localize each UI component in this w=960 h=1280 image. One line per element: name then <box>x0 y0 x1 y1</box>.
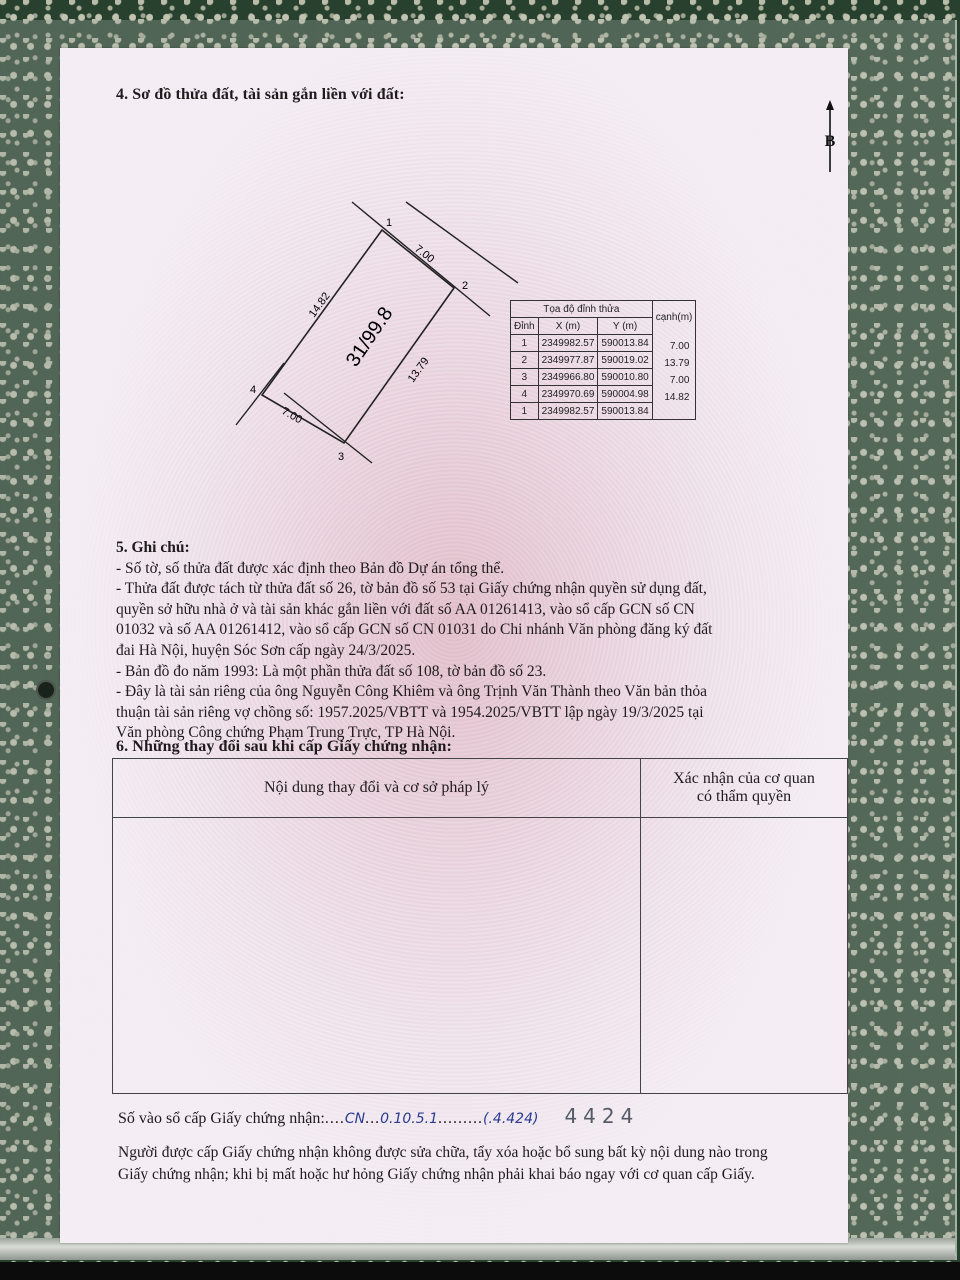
registry-line: Số vào sổ cấp Giấy chứng nhận:....CN...0… <box>118 1104 639 1128</box>
north-arrow-icon: B <box>820 100 840 172</box>
coord-vertex-header: Đỉnh <box>511 318 539 335</box>
coord-edge: 7.00 <box>652 369 696 386</box>
coord-y: 590010.80 <box>598 369 652 386</box>
registry-handwritten-note: (.4.424) <box>483 1111 538 1127</box>
coord-x-header: X (m) <box>538 318 598 335</box>
svg-text:B: B <box>825 133 836 150</box>
warning-text: Người được cấp Giấy chứng nhận không đượ… <box>118 1142 878 1186</box>
section6-heading: 6. Những thay đổi sau khi cấp Giấy chứng… <box>116 738 452 756</box>
vertex-label: 4 <box>250 384 256 396</box>
edge-length-label: 13.79 <box>406 355 432 384</box>
coord-edge: 7.00 <box>652 335 696 352</box>
coord-y: 590013.84 <box>598 335 652 352</box>
confirm-header-line1: Xác nhận của cơ quan <box>673 770 815 787</box>
section4-heading: 4. Sơ đồ thửa đất, tài sản gắn liền với … <box>116 86 405 104</box>
registry-handwritten-prefix: CN <box>345 1111 365 1127</box>
plot-diagram: 1 2 3 4 7.00 13.79 7.00 14.82 31/99.8 <box>230 188 520 468</box>
coord-row: 22349977.87590019.0213.79 <box>511 352 696 369</box>
coord-row: 12349982.57590013.847.00 <box>511 335 696 352</box>
coord-vertex: 3 <box>511 369 539 386</box>
coord-vertex: 2 <box>511 352 539 369</box>
edge-length-label: 7.00 <box>280 405 305 426</box>
changes-confirm-header: Xác nhận của cơ quan có thẩm quyền <box>641 759 848 818</box>
coord-x: 2349982.57 <box>538 403 598 420</box>
svg-text:31/99.8: 31/99.8 <box>342 303 398 371</box>
coord-y: 590013.84 <box>598 403 652 420</box>
registry-dots: .... <box>325 1110 345 1127</box>
changes-table: Nội dung thay đổi và cơ sở pháp lý Xác n… <box>112 758 848 1094</box>
coord-edge <box>652 403 696 420</box>
coord-edge: 13.79 <box>652 352 696 369</box>
registry-handwritten-extra: 4424 <box>564 1104 639 1128</box>
confirm-header-line2: có thẩm quyền <box>697 788 791 805</box>
coord-row: 12349982.57590013.84 <box>511 403 696 420</box>
coord-vertex: 1 <box>511 335 539 352</box>
registry-dots: ......... <box>438 1110 483 1127</box>
bottom-shadow <box>0 1262 960 1280</box>
coord-y: 590004.98 <box>598 386 652 403</box>
registry-dots: ... <box>365 1110 380 1127</box>
coord-edge-header: cạnh(m) <box>652 301 696 335</box>
coord-table-title: Tọa độ đỉnh thửa <box>511 301 653 318</box>
coord-x: 2349970.69 <box>538 386 598 403</box>
coord-row: 32349966.80590010.807.00 <box>511 369 696 386</box>
certificate-page: 4. Sơ đồ thửa đất, tài sản gắn liền với … <box>60 48 848 1243</box>
vertex-label: 3 <box>338 451 344 463</box>
warning-line2: Giấy chứng nhận; khi bị mất hoặc hư hỏng… <box>118 1164 878 1186</box>
note-line: - Thửa đất được tách từ thửa đất số 26, … <box>116 579 856 600</box>
section5-heading: 5. Ghi chú: <box>116 538 856 559</box>
registry-label: Số vào sổ cấp Giấy chứng nhận: <box>118 1110 325 1127</box>
warning-line1: Người được cấp Giấy chứng nhận không đượ… <box>118 1142 878 1164</box>
changes-confirm-cell <box>641 818 848 1094</box>
changes-content-cell <box>113 818 641 1094</box>
note-line: - Bản đồ đo năm 1993: Là một phần thửa đ… <box>116 662 856 683</box>
coord-y: 590019.02 <box>598 352 652 369</box>
note-line: thuận tài sản riêng vợ chồng số: 1957.20… <box>116 703 856 724</box>
notes-section: 5. Ghi chú: - Số tờ, số thửa đất được xá… <box>116 538 856 744</box>
coord-x: 2349977.87 <box>538 352 598 369</box>
vertex-label: 2 <box>462 280 468 292</box>
coord-vertex: 1 <box>511 403 539 420</box>
punch-hole <box>36 680 56 700</box>
coordinate-table: Tọa độ đỉnh thửa cạnh(m) Đỉnh X (m) Y (m… <box>510 300 696 420</box>
note-line: quyền sở hữu nhà ở và tài sản khác gắn l… <box>116 600 856 621</box>
vertex-label: 1 <box>386 217 392 229</box>
note-line: 01032 và số AA 01261412, vào sổ cấp GCN … <box>116 620 856 641</box>
coord-vertex: 4 <box>511 386 539 403</box>
registry-handwritten-number: 0.10.5.1 <box>380 1111 438 1127</box>
coord-x: 2349982.57 <box>538 335 598 352</box>
coord-row: 42349970.69590004.9814.82 <box>511 386 696 403</box>
note-line: - Số tờ, số thửa đất được xác định theo … <box>116 559 856 580</box>
note-line: đai Hà Nội, huyện Sóc Sơn cấp ngày 24/3/… <box>116 641 856 662</box>
coord-x: 2349966.80 <box>538 369 598 386</box>
coord-y-header: Y (m) <box>598 318 652 335</box>
changes-content-header: Nội dung thay đổi và cơ sở pháp lý <box>113 759 641 818</box>
coord-edge: 14.82 <box>652 386 696 403</box>
note-line: - Đây là tài sản riêng của ông Nguyễn Cô… <box>116 682 856 703</box>
